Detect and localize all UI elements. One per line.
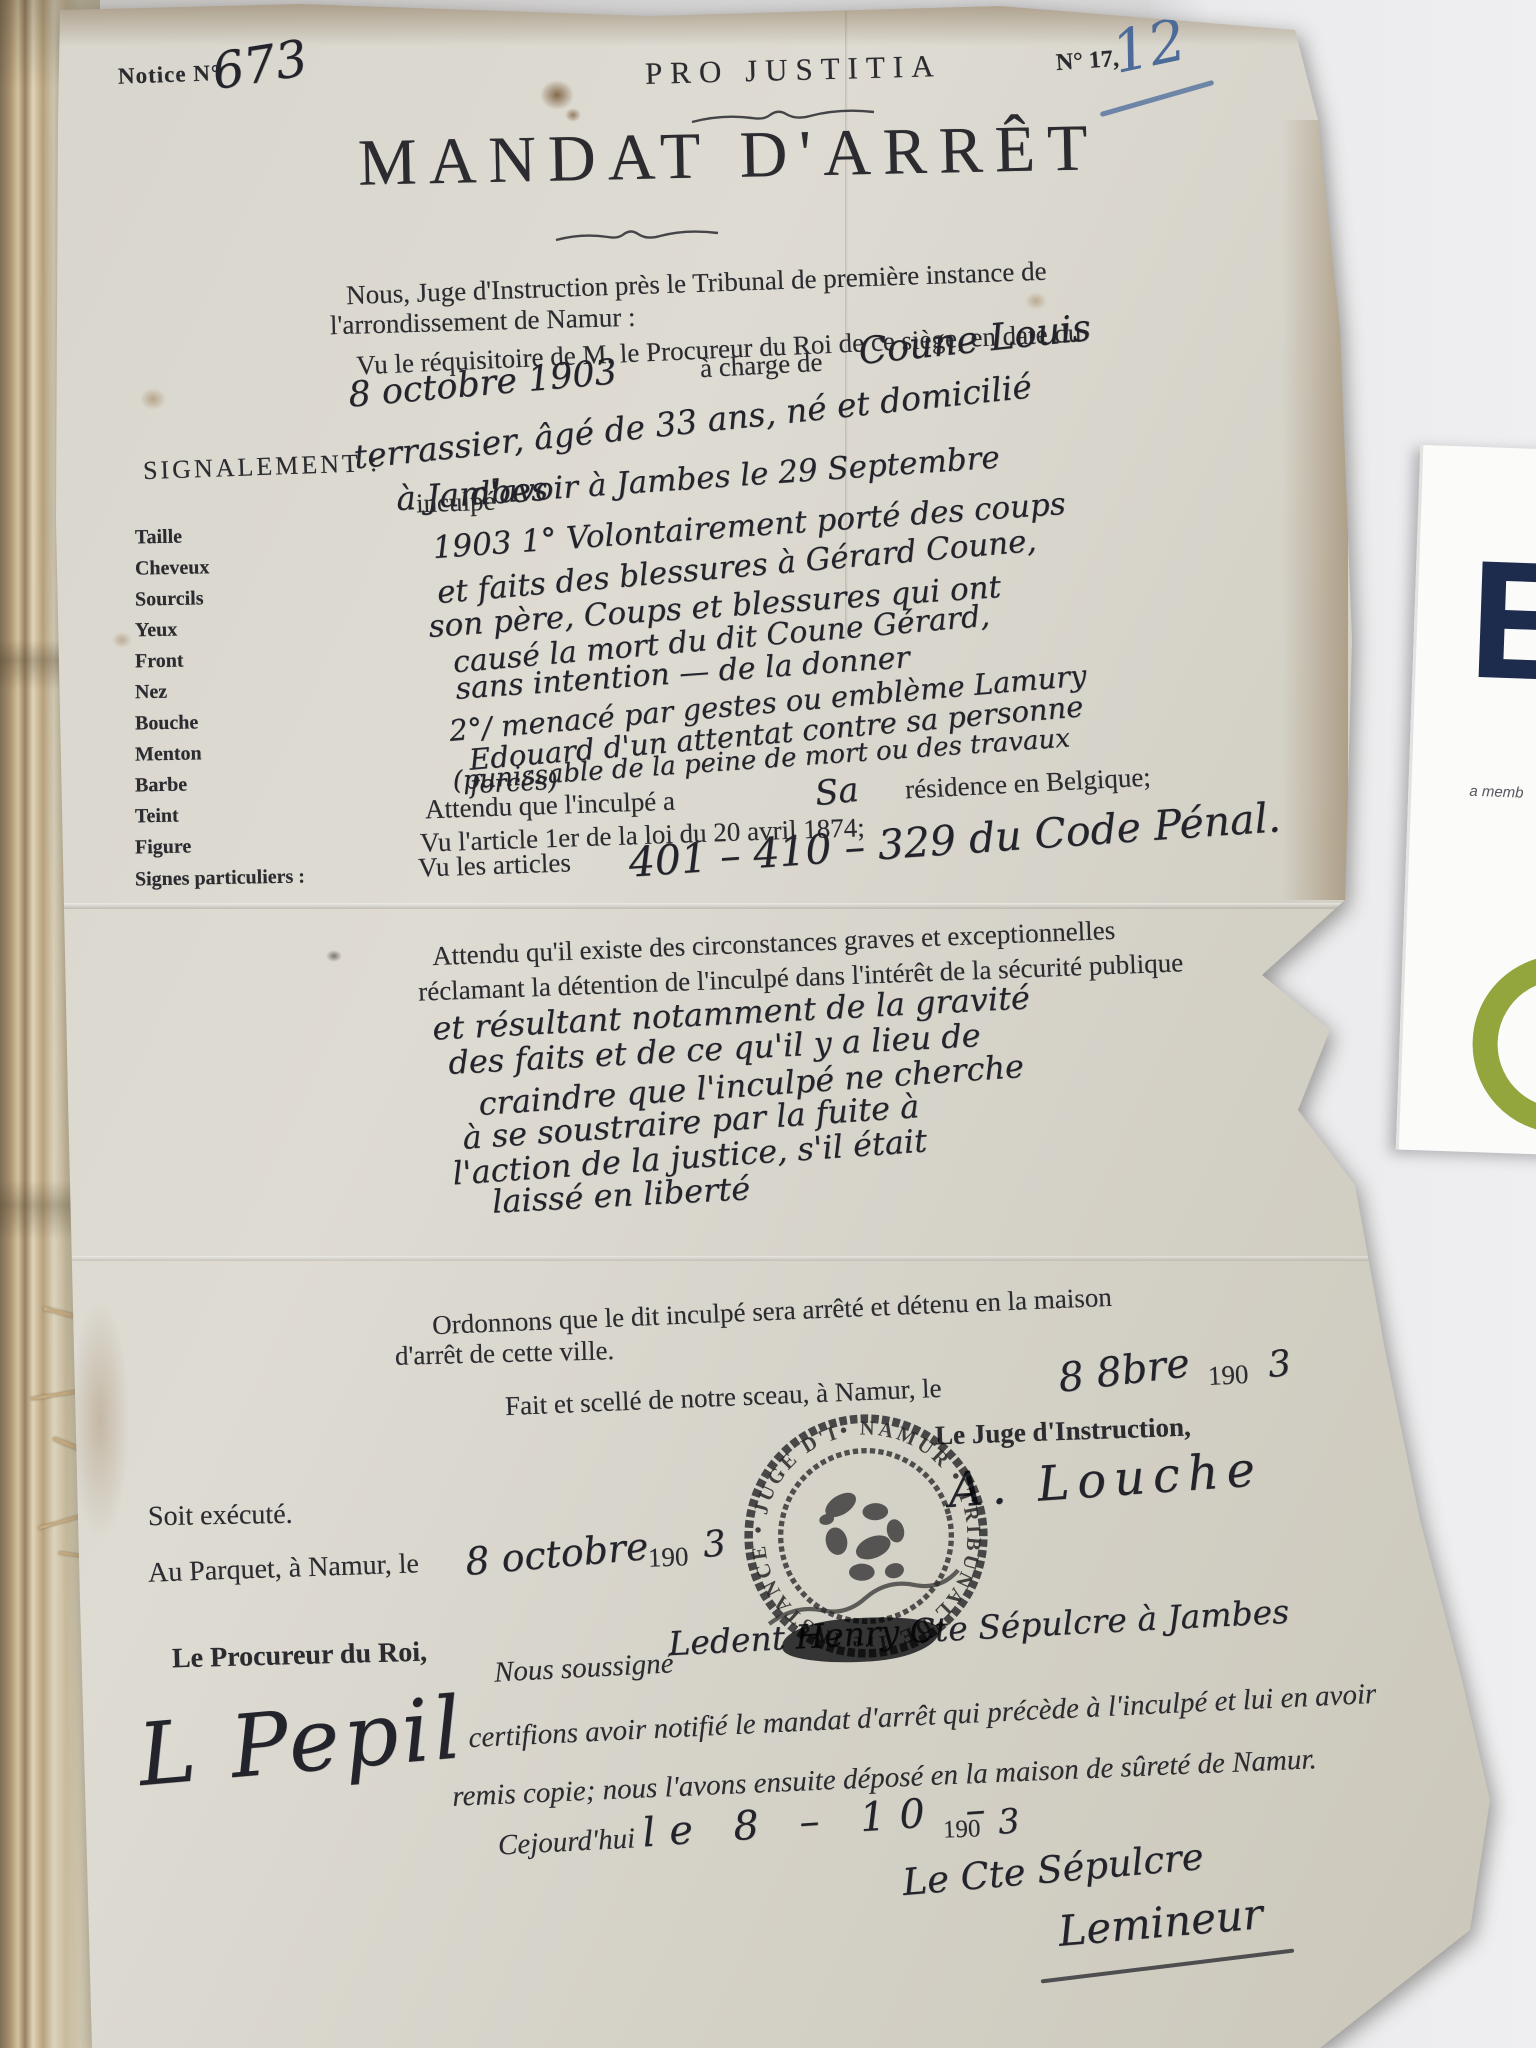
signalement-field: Bouche: [135, 711, 199, 735]
stamp-crest-blobs: [813, 1478, 914, 1593]
closing-title-handwritten: Le Cte Sépulcre: [901, 1835, 1206, 1904]
ordonnons-line-1: Ordonnons que le dit inculpé sera arrêté…: [432, 1282, 1113, 1341]
parquet-year-printed: 190: [647, 1541, 689, 1573]
procureur-label: Le Procureur du Roi,: [172, 1637, 428, 1676]
document-shadow-wrap: Notice N° 673 N° 17, 12 PRO JUSTITIA MAN…: [0, 0, 1536, 2048]
signalement-field: Yeux: [135, 619, 178, 643]
parquet-line: Au Parquet, à Namur, le: [148, 1548, 420, 1589]
signalement-field: Front: [135, 650, 184, 674]
flourish-ornament: [552, 228, 732, 246]
signalement-field: Barbe: [135, 774, 188, 798]
notice-label: Notice N°: [118, 60, 222, 90]
soit-execute-line: Soit exécuté.: [148, 1499, 293, 1534]
signalement-field: Figure: [135, 836, 192, 860]
signalement-field: Sourcils: [135, 587, 204, 611]
articles-handwritten: 401 – 410 – 329 du Code Pénal.: [627, 793, 1282, 886]
articles-label: Vu les articles: [418, 847, 572, 883]
fait-year-handwritten: 3: [1266, 1343, 1293, 1386]
residence-handwritten: Sa: [813, 770, 861, 814]
signalement-field: Menton: [135, 742, 202, 766]
procureur-signature: L Pepil: [134, 1678, 469, 1806]
photo-scene: E a memb Notice N° 673 N° 17, 12 PRO JUS…: [0, 0, 1536, 2048]
cejourdhui-year-printed: 190: [943, 1815, 981, 1844]
warrant-document: Notice N° 673 N° 17, 12 PRO JUSTITIA MAN…: [0, 0, 1536, 2048]
notice-number-handwritten: 673: [208, 29, 311, 101]
residence-post: résidence en Belgique;: [904, 762, 1151, 806]
signalement-field: Taille: [135, 526, 182, 550]
accused-name-handwritten: Coune Louis: [856, 306, 1093, 373]
ordonnons-line-2: d'arrêt de cette ville.: [395, 1335, 615, 1372]
signalement-field: Nez: [135, 681, 168, 705]
pro-justitia-heading: PRO JUSTITIA: [645, 48, 942, 92]
signalement-field: Cheveux: [135, 556, 210, 580]
folio-annotation-blue: 12: [1106, 5, 1192, 87]
closing-signature: Lemineur: [1056, 1889, 1265, 1956]
folio-number: N° 17,: [1055, 46, 1120, 77]
intro-line-1: Nous, Juge d'Instruction près le Tribuna…: [346, 256, 1047, 311]
document-title: MANDAT D'ARRÊT: [357, 110, 1100, 202]
parquet-date-handwritten: 8 octobre: [463, 1524, 650, 1584]
fait-year-printed: 190: [1207, 1359, 1249, 1392]
certify-line-1: certifions avoir notifié le mandat d'arr…: [468, 1678, 1377, 1755]
soussigne-label: Nous soussigné: [493, 1647, 674, 1689]
fait-date-handwritten: 8 8bre: [1056, 1340, 1193, 1402]
cejourdhui-year-handwritten: 3: [996, 1801, 1021, 1843]
cejourdhui-label: Cejourd'hui: [497, 1822, 636, 1862]
parquet-year-handwritten: 3: [701, 1523, 727, 1566]
signalement-title: SIGNALEMENT :: [143, 448, 381, 486]
signalement-field: Signes particuliers :: [135, 866, 305, 892]
blue-underline: [1100, 80, 1215, 117]
charge-label: à charge de: [699, 347, 823, 384]
judge-signature: A. Louche: [946, 1441, 1264, 1519]
signalement-field: Teint: [135, 805, 179, 829]
